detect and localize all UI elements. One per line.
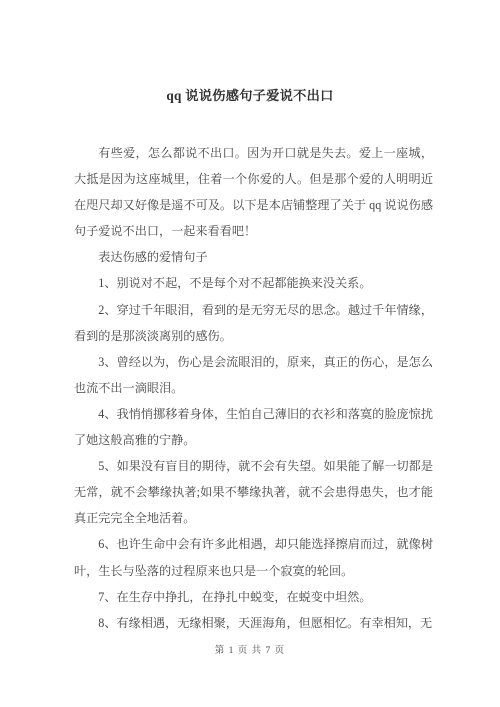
document-body: 有些爱，怎么都说不出口。因为开口就是失去。爱上一座城，大抵是因为这座城里，住着一… — [74, 140, 433, 636]
page-number-indicator: 第 1 页 共 7 页 — [0, 643, 500, 659]
list-item-3: 3、曾经以为，伤心是会流眼泪的，原来，真正的伤心，是怎么也流不出一滴眼泪。 — [74, 349, 433, 401]
section-heading: 表达伤感的爱情句子 — [74, 244, 433, 270]
list-item-5: 5、如果没有盲目的期待，就不会有失望。如果能了解一切都是无常，就不会攀缘执著;如… — [74, 453, 433, 531]
document-page: qq 说说伤感句子爱说不出口 有些爱，怎么都说不出口。因为开口就是失去。爱上一座… — [0, 0, 500, 707]
intro-paragraph: 有些爱，怎么都说不出口。因为开口就是失去。爱上一座城，大抵是因为这座城里，住着一… — [74, 140, 433, 244]
list-item-8: 8、有缘相遇，无缘相聚，天涯海角，但愿相忆。有幸相知，无 — [74, 610, 433, 636]
list-item-6: 6、也许生命中会有许多此相遇，却只能选择擦肩而过，就像树叶，生长与坠落的过程原来… — [74, 531, 433, 583]
list-item-2: 2、穿过千年眼泪，看到的是无穷无尽的思念。越过千年情缘，看到的是那淡淡离别的感伤… — [74, 297, 433, 349]
list-item-1: 1、别说对不起，不是每个对不起都能换来没关系。 — [74, 270, 433, 296]
page-title: qq 说说伤感句子爱说不出口 — [0, 86, 500, 106]
list-item-7: 7、在生存中挣扎，在挣扎中蜕变，在蜕变中坦然。 — [74, 584, 433, 610]
list-item-4: 4、我悄悄挪移着身体，生怕自己薄旧的衣衫和落寞的脸庞惊扰了她这般高雅的宁静。 — [74, 401, 433, 453]
